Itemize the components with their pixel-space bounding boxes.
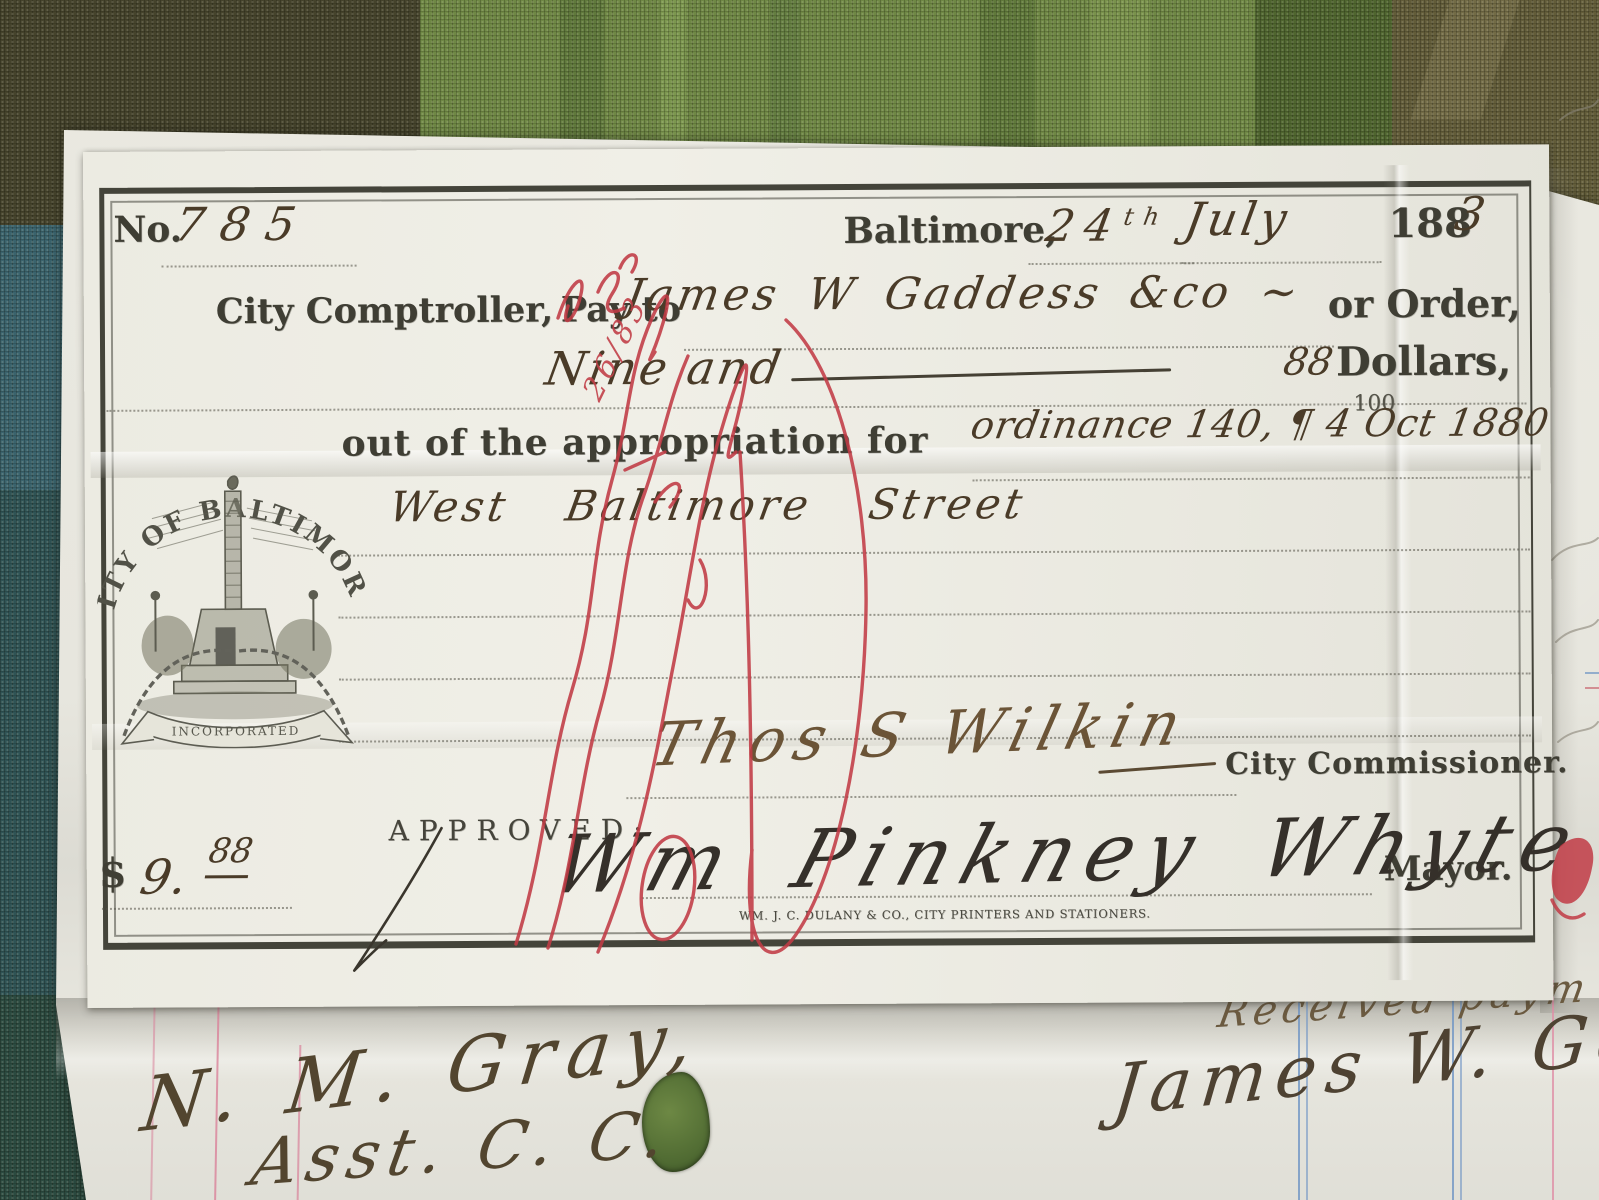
- description-script: West Baltimore Street: [386, 479, 1030, 531]
- check-number-value: 785: [171, 197, 316, 252]
- place-label: Baltimore,: [843, 209, 1057, 252]
- date-day-value: 24: [1042, 201, 1127, 252]
- printer-credit: WM. J. C. DULANY & CO., CITY PRINTERS AN…: [739, 906, 1151, 922]
- seal-ribbon-text: INCORPORATED: [172, 724, 301, 739]
- city-seal-vignette: CITY OF BALTIMORE: [96, 412, 376, 748]
- amount-figure-dollars: 9.: [136, 849, 191, 905]
- or-order-label: or Order,: [1328, 280, 1521, 326]
- dollars-label: Dollars,: [1336, 338, 1511, 386]
- blue-margin-mark: [1585, 672, 1599, 674]
- commissioner-label: City Commissioner.: [1225, 745, 1569, 782]
- date-day-script: 24th: [1042, 200, 1172, 252]
- appropriation-script: ordinance 140, ¶ 4 Oct 1880: [968, 400, 1553, 447]
- appropriation-label: out of the appropriation for: [341, 420, 928, 465]
- comptroller-label: City Comptroller,: [216, 290, 554, 333]
- amount-figure-cents: 88: [205, 831, 256, 878]
- payee-script: James W Gaddess &co ~: [621, 267, 1305, 322]
- cents-script: 88: [1280, 339, 1336, 383]
- date-day-suffix: th: [1122, 203, 1172, 231]
- date-month-script: July: [1181, 192, 1295, 247]
- photographed-check-document: 10 Received paym James W. Ge N. M. Gray,…: [0, 0, 1599, 1200]
- red-margin-mark: [1585, 687, 1599, 689]
- pen-checkmark-stroke: [324, 822, 475, 1003]
- currency-symbol: $: [99, 850, 127, 897]
- check-slip: No. 785 Baltimore, 24th July 188 3 City …: [83, 144, 1553, 1008]
